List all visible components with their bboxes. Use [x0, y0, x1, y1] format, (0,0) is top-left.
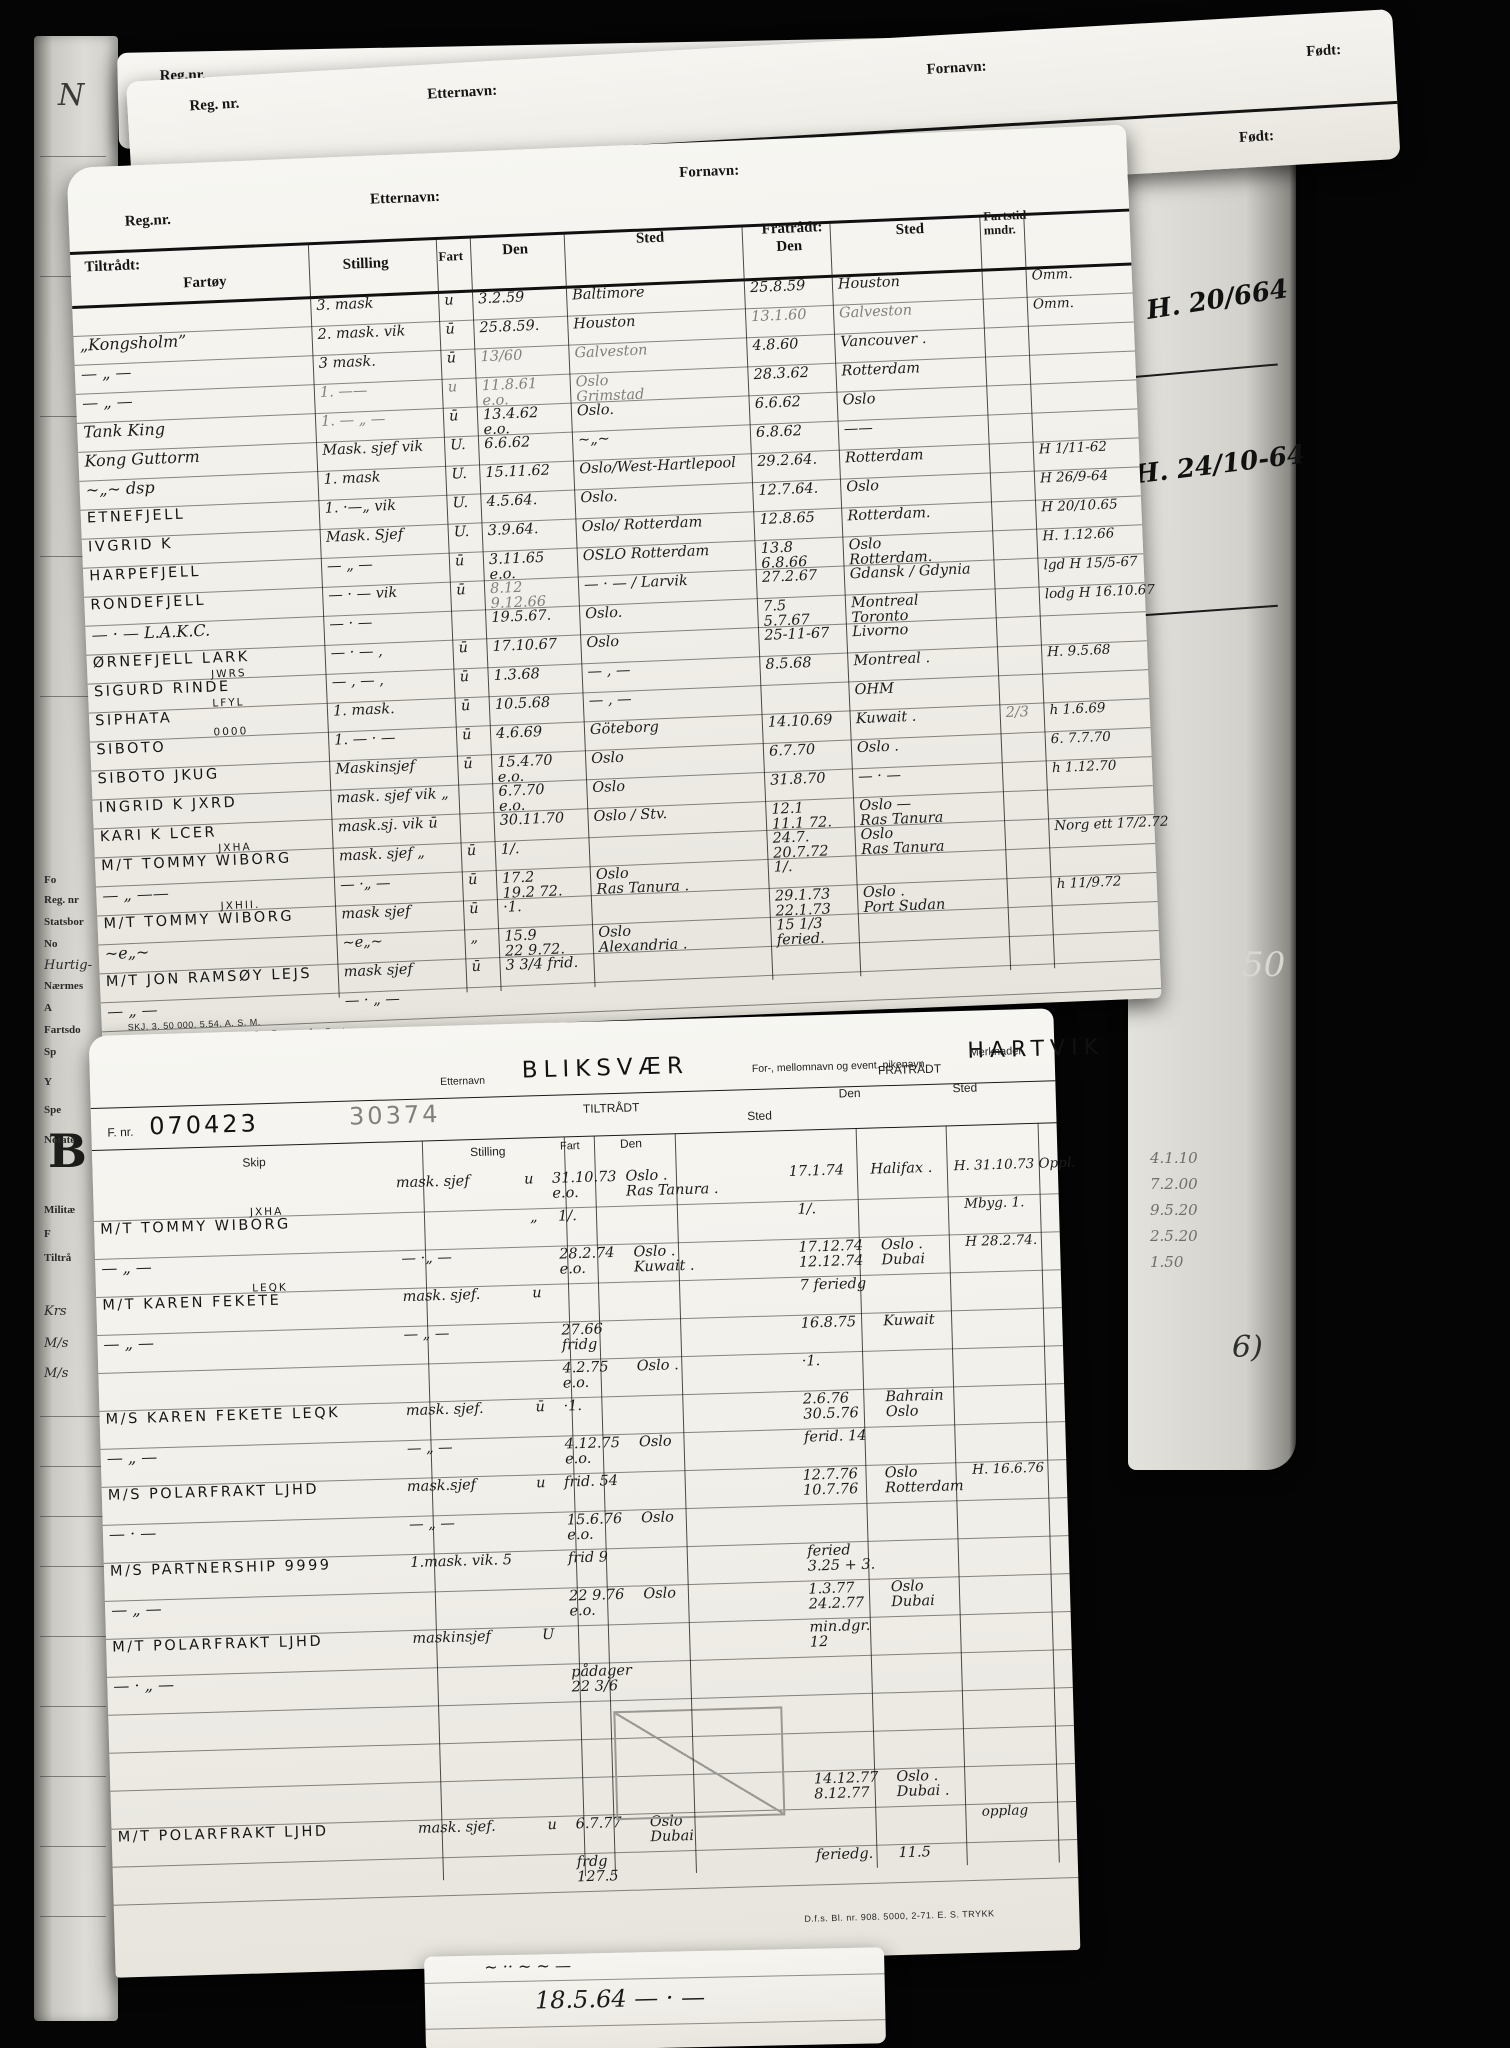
- cell-st: 1. — „ —: [315, 409, 444, 442]
- cell-fd: 13.8 6.8.66: [754, 538, 843, 570]
- crossed-out-box: [613, 1706, 785, 1820]
- cell-f: ū: [455, 697, 490, 726]
- upper-record-card: Reg.nr. Etternavn: Fornavn: Tiltrådt: Fa…: [67, 125, 1162, 1042]
- cell-sted: [594, 976, 773, 1011]
- cell-f: u: [530, 1475, 559, 1513]
- cell-mk: H. 31.10.73 Oppl.: [948, 1156, 1059, 1196]
- cell-fs: [876, 1273, 961, 1312]
- cell-fd: 1/.: [767, 856, 856, 888]
- col-stilling: Stilling: [342, 255, 389, 274]
- cell-mk: [960, 1270, 1062, 1310]
- cell-f: [538, 1703, 567, 1741]
- cell-fs: [884, 1539, 969, 1578]
- ship-name: KARI K LCER: [100, 824, 218, 845]
- ship-name: ~e„~: [104, 942, 149, 963]
- cell-st: [407, 1665, 538, 1706]
- cell-fd: [804, 1655, 888, 1694]
- fornavn-label: Fornavn:: [679, 163, 740, 182]
- cell-fd: 31.8.70: [764, 769, 853, 801]
- cell-fd: 12.7.64.: [752, 480, 841, 512]
- col-sted: Sted: [636, 230, 665, 248]
- cell-sted: [632, 1468, 797, 1510]
- cell-f: ū: [463, 900, 498, 929]
- cell-f: u: [526, 1285, 555, 1323]
- cell-den: frid 9: [562, 1549, 637, 1588]
- cell-mk: [1029, 351, 1136, 383]
- cell-den: 15.4.70 e.o.: [491, 751, 586, 783]
- cell-st: mask. sjef „: [333, 844, 462, 877]
- cell-den: ·1.: [497, 896, 592, 928]
- cell-f: ū: [452, 639, 487, 668]
- ship-name: — „ —: [103, 1333, 154, 1353]
- col-den: Den: [502, 241, 529, 259]
- cell-skip: [113, 1859, 414, 1905]
- cell-mk: [1052, 902, 1159, 934]
- cell-mk: [972, 1688, 1074, 1728]
- cell-f: ū: [449, 552, 484, 581]
- cell-fd: [772, 972, 861, 1004]
- lower-record-card: Etternavn BLIKSVÆR For-, mellomnavn og e…: [89, 1008, 1081, 1977]
- cell-mk: [967, 1498, 1069, 1538]
- cell-fd: [760, 682, 849, 714]
- cell-st: — ·„ —: [395, 1248, 526, 1289]
- cell-den: 22 9.76 e.o.: [563, 1587, 638, 1626]
- cell-fs: [886, 1615, 971, 1654]
- cell-f: [539, 1741, 568, 1779]
- col-tiltradt: Tiltrådt:: [84, 257, 140, 276]
- cell-mndr: [995, 588, 1040, 618]
- cell-fd: feriedg.: [810, 1845, 894, 1884]
- left-edge-label: Notate: [44, 1134, 75, 1146]
- cell-st: 1. mask: [317, 467, 446, 500]
- ship-name: — · —: [109, 1523, 157, 1543]
- col-fratradt-den: Den: [776, 238, 803, 256]
- left-edge-label: No: [44, 938, 57, 950]
- left-edge-label: M/s: [44, 1366, 68, 1381]
- cell-st: 3 mask.: [312, 351, 441, 384]
- cell-mk: [1040, 612, 1147, 644]
- cell-den: 3.11.65 e.o.: [483, 549, 578, 581]
- left-edge-label: Spe: [44, 1104, 61, 1116]
- cell-sted: Oslo: [635, 1506, 801, 1548]
- cell-st: mask. sjef vik „: [330, 786, 459, 819]
- left-edge-label: Krs: [44, 1304, 67, 1319]
- cell-mndr: [997, 646, 1042, 676]
- left-edge-label: M/s: [44, 1336, 68, 1351]
- stray-number: 50: [1242, 945, 1285, 985]
- cell-den: frdg 127.5: [570, 1852, 645, 1891]
- call-sign: LFYL: [212, 697, 245, 709]
- handwriting-fragment: 18.5.64 — · —: [535, 1983, 706, 2015]
- cell-fd: feried 3.25 + 3.: [801, 1541, 885, 1580]
- handwriting-fragment: ~ ·· ~ ~ —: [484, 1956, 571, 1977]
- cell-fd: ferid. 14: [798, 1427, 882, 1466]
- cell-f: [535, 1589, 564, 1627]
- cell-mk: [970, 1612, 1072, 1652]
- call-sign: LEQK: [252, 1282, 288, 1294]
- cell-fd: 8.5.68: [759, 654, 848, 686]
- cell-f: U.: [444, 436, 479, 465]
- cell-fs: [889, 1729, 974, 1768]
- cell-fd: 14.12.77 8.12.77: [808, 1769, 892, 1808]
- fornavn-label: Fornavn:: [926, 58, 987, 78]
- cell-den: 30.11.70: [493, 809, 588, 841]
- cell-sted: [632, 1392, 798, 1434]
- cell-fd: 24.7. 20.7.72: [766, 827, 855, 859]
- cell-den: 13/60: [474, 346, 569, 378]
- cell-mk: 6. 7.7.70: [1044, 728, 1151, 760]
- cell-mk: [1054, 960, 1161, 992]
- corner-mark: 6): [1232, 1330, 1263, 1365]
- cell-f: ū: [456, 726, 491, 755]
- cell-sted: [626, 1202, 792, 1244]
- cell-f: [530, 1437, 559, 1475]
- cell-mk: [961, 1308, 1063, 1348]
- cell-mk: lodg H 16.10.67: [1039, 583, 1146, 615]
- cell-den: 4.6.69: [490, 722, 585, 754]
- cell-st: mask. sjef.: [400, 1400, 531, 1441]
- cell-fd: 29.2.64.: [751, 451, 840, 483]
- cell-fd: ·1.: [796, 1351, 880, 1390]
- cell-den: 25.8.59.: [473, 317, 568, 349]
- cell-st: [408, 1703, 539, 1744]
- cell-st: — „ —: [403, 1514, 534, 1555]
- fnr-label: F. nr.: [107, 1125, 133, 1140]
- cell-mk: opplag: [976, 1802, 1078, 1842]
- ledger-number: 7.2.00: [1150, 1171, 1198, 1197]
- cell-st: — „ —: [401, 1438, 532, 1479]
- cell-fd: 1/.: [791, 1200, 875, 1239]
- cell-fd: 7.5 5.7.67: [757, 596, 846, 628]
- ledger-number: 1.50: [1150, 1249, 1198, 1275]
- cell-mk: h 1.12.70: [1046, 757, 1153, 789]
- ship-name: — „ —: [111, 1599, 162, 1619]
- cell-f: U: [536, 1627, 565, 1665]
- cell-mk: [1042, 670, 1149, 702]
- surname-value: BLIKSVÆR: [521, 1053, 689, 1084]
- cell-mk: [1053, 931, 1160, 963]
- cell-st: — „ —: [321, 554, 450, 587]
- cell-f: ū: [529, 1399, 558, 1437]
- cell-sted: Oslo . Ras Tanura .: [619, 1164, 783, 1206]
- cell-fs: Oslo . Dubai .: [890, 1767, 975, 1806]
- cell-st: mask. sjef: [390, 1172, 519, 1213]
- call-sign: JXHII.: [220, 900, 260, 912]
- col-den: Den: [620, 1136, 642, 1151]
- cell-st: 1. ——: [314, 380, 443, 413]
- cell-fd: 4.8.60: [746, 335, 835, 367]
- cell-den: 1/.: [552, 1207, 627, 1246]
- etternavn-label: Etternavn: [440, 1075, 485, 1088]
- cell-f: U.: [446, 494, 481, 523]
- cell-st: mask sjef: [335, 901, 464, 934]
- cell-f: [533, 1513, 562, 1551]
- cell-fd: 1.3.77 24.2.77: [802, 1579, 886, 1618]
- cell-st: Mask. Sjef: [320, 525, 449, 558]
- cell-mndr: [982, 269, 1027, 299]
- cell-mk: Omm.: [1027, 293, 1134, 325]
- cell-st: — ·„ —: [334, 872, 463, 905]
- left-edge-label: Statsbor: [44, 916, 84, 928]
- fnr-value-2: 30374: [349, 1100, 441, 1131]
- cell-den: 8.12 9.12.66: [484, 577, 579, 609]
- cell-st: [399, 1362, 530, 1403]
- cell-mk: Omm.: [1025, 265, 1132, 297]
- etternavn-label: Etternavn:: [370, 189, 441, 209]
- cell-fs: [882, 1501, 967, 1540]
- cell-mndr: [1006, 877, 1051, 907]
- cell-st: [411, 1779, 542, 1820]
- cell-st: 1.mask. vik. 5: [404, 1551, 535, 1592]
- col-fart: Fart: [560, 1140, 580, 1153]
- cell-sted: [638, 1620, 804, 1662]
- cell-mk: H 28.2.74.: [959, 1232, 1061, 1272]
- cell-mndr: [998, 675, 1043, 705]
- fratradt-label: FRATRÅDT: [878, 1062, 941, 1078]
- cell-f: u: [442, 379, 477, 408]
- col-f-sted: Sted: [952, 1081, 977, 1096]
- cell-sted: [629, 1316, 795, 1358]
- cell-st: — · „ —: [339, 988, 468, 1021]
- cell-f: U.: [447, 523, 482, 552]
- cell-mk: H. 1.12.66: [1036, 525, 1143, 557]
- cell-st: 3. mask: [310, 293, 439, 326]
- cell-mndr: [990, 472, 1035, 502]
- cell-den: 6.7.70 e.o.: [492, 780, 587, 812]
- cell-fd: min.dgr. 12: [803, 1617, 887, 1656]
- cell-fs: Oslo Rotterdam: [879, 1463, 968, 1503]
- ledger-numbers: 4.1.107.2.009.5.202.5.201.50: [1150, 1145, 1198, 1275]
- col-fratradt: Fratrådt:: [761, 219, 822, 238]
- ship-name: SIPHATA: [95, 710, 173, 729]
- col-stilling: Stilling: [470, 1144, 506, 1159]
- cell-f: [537, 1665, 566, 1703]
- cell-fs: Oslo . Dubai: [875, 1235, 960, 1274]
- cell-st: mask. sjef.: [412, 1817, 543, 1858]
- cell-fd: 29.1.73 22.1.73: [769, 885, 858, 917]
- fnr-value: 070423: [149, 1109, 259, 1140]
- ship-name: Kong Guttorm: [84, 447, 200, 471]
- cell-fd: 12.8.65: [753, 509, 842, 541]
- cell-st: [405, 1589, 536, 1630]
- form-print: D.f.s. Bl. nr. 908. 5000, 2-71. E. S. TR…: [804, 1908, 994, 1923]
- cell-mk: H. 9.5.68: [1041, 641, 1148, 673]
- cell-mk: h 11/9.72: [1050, 873, 1157, 905]
- cell-fd: 7 feriedg: [793, 1276, 877, 1315]
- cell-den: 3.2.59: [472, 288, 567, 320]
- cell-den: 6.6.62: [478, 433, 573, 465]
- margin-note: H. 20/664: [1145, 274, 1291, 326]
- cell-mk: Norg ett 17/2.72: [1048, 815, 1155, 847]
- cell-mk: Mbyg. 1.: [958, 1194, 1060, 1234]
- cell-f: [534, 1551, 563, 1589]
- cell-f: [540, 1779, 569, 1817]
- lower-table: mask. sjefu31.10.73 e.o.Oslo . Ras Tanur…: [93, 1156, 1078, 1905]
- cell-den: 15.6.76 e.o.: [561, 1511, 636, 1550]
- cell-mndr: [1010, 964, 1055, 994]
- cell-mk: [974, 1764, 1076, 1804]
- cell-f: ū: [453, 668, 488, 697]
- cell-mndr: [991, 501, 1036, 531]
- cell-mndr: [996, 617, 1041, 647]
- col-f-den: Den: [838, 1086, 860, 1101]
- cell-mk: [973, 1726, 1075, 1766]
- cell-mk: [1049, 844, 1156, 876]
- cell-st: — · —: [323, 612, 452, 645]
- cell-den: 17.2 19.2 72.: [496, 867, 591, 899]
- cell-fs: [860, 966, 1011, 1000]
- cell-mk: [1030, 380, 1137, 412]
- call-sign: 0000: [213, 726, 248, 738]
- cell-mk: H 20/10.65: [1035, 496, 1142, 528]
- left-edge-label: Y: [44, 1076, 52, 1088]
- cell-mk: H 1/11-62: [1033, 438, 1140, 470]
- cell-sted: [639, 1658, 805, 1700]
- cell-mk: [962, 1346, 1064, 1386]
- cell-fs: Oslo Dubai: [885, 1577, 970, 1616]
- cell-st: — · — vik: [322, 583, 451, 616]
- left-edge-label: Fo: [44, 874, 56, 886]
- cell-f: ū: [461, 842, 496, 871]
- cell-mk: H 26/9-64: [1034, 467, 1141, 499]
- call-sign: JWRS: [211, 668, 247, 680]
- cell-f: ū: [457, 755, 492, 784]
- cell-sted: Oslo .: [631, 1354, 797, 1396]
- cell-fd: [809, 1807, 893, 1846]
- cell-mk: [965, 1422, 1067, 1462]
- call-sign: JXHA: [218, 842, 252, 854]
- cell-fd: 28.3.62: [747, 364, 836, 396]
- cell-st: mask.sj. vik ū: [331, 815, 460, 848]
- cell-st: mask sjef: [337, 959, 466, 992]
- ship-name: HARPEFJELL: [89, 564, 201, 585]
- left-edge-label: Fartsdo: [44, 1024, 81, 1036]
- cell-den: 10.5.68: [489, 693, 584, 725]
- col-skip: Skip: [242, 1155, 266, 1170]
- cell-fd: 6.7.70: [763, 740, 852, 772]
- cell-f: ū: [462, 871, 497, 900]
- cell-mndr: [985, 356, 1030, 386]
- ship-name: — „ —: [107, 1000, 158, 1021]
- col-fratradt-sted: Sted: [895, 221, 924, 239]
- cell-mndr: [984, 327, 1029, 357]
- ship-name: — „ —: [107, 1447, 158, 1467]
- cell-st: 1. ·—„ vik: [318, 496, 447, 529]
- ship-name: — · „ —: [113, 1675, 174, 1696]
- cell-mk: [963, 1384, 1065, 1424]
- cell-st: — „ —: [397, 1324, 528, 1365]
- cell-sted: [645, 1848, 811, 1890]
- cell-fd: 25.8.59: [744, 277, 833, 309]
- cell-den: 15.11.62: [479, 462, 574, 494]
- cell-den: 4.12.75 e.o.: [558, 1435, 633, 1474]
- ledger-number: 4.1.10: [1150, 1145, 1198, 1171]
- cell-st: maskinsjef: [406, 1627, 537, 1668]
- cell-fd: [771, 943, 860, 975]
- ship-name: „Kongsholm”: [79, 331, 186, 354]
- cell-fd: [800, 1503, 884, 1542]
- cell-f: u: [541, 1817, 570, 1855]
- margin-note: H. 24/10-64: [1133, 440, 1307, 491]
- cell-f: [466, 987, 501, 1016]
- cell-st: Mask. sjef vik: [316, 438, 445, 471]
- cell-mndr: [1002, 761, 1047, 791]
- cell-fd: 15 1/3 feried.: [770, 914, 859, 946]
- cell-st: ~e„~: [336, 930, 465, 963]
- left-edge-label: Tiltrå: [44, 1252, 71, 1264]
- cell-mk: [977, 1840, 1079, 1880]
- tiltradt-label: TILTRÅDT: [583, 1100, 640, 1116]
- cell-den: 1/.: [495, 838, 590, 870]
- cell-st: mask. sjef.: [396, 1286, 527, 1327]
- left-edge-big-letter: B: [48, 1124, 87, 1178]
- cell-f: [542, 1855, 571, 1893]
- cell-fs: 11.5: [892, 1843, 977, 1882]
- cell-mk: [968, 1536, 1070, 1576]
- cell-f: ū: [443, 407, 478, 436]
- cell-fd: 13.1.60: [745, 306, 834, 338]
- cell-st: Maskinsjef: [329, 757, 458, 790]
- bottom-card-corner: ~ ·· ~ ~ — 18.5.64 — · —: [424, 1947, 886, 2048]
- cell-den: 4.2.75 e.o.: [556, 1359, 631, 1398]
- cell-mndr: [989, 443, 1034, 473]
- left-edge-label: Hurtig-: [44, 958, 92, 973]
- top-left-scribble: N: [58, 78, 84, 113]
- ship-name: — „ ——: [102, 884, 169, 906]
- cell-mk: lgd H 15/5-67: [1037, 554, 1144, 586]
- cell-den: 13.4.62 e.o.: [477, 404, 572, 436]
- cell-sted: Oslo: [633, 1430, 799, 1472]
- ship-name: ETNEFJELL: [87, 507, 186, 527]
- cell-mndr: [1004, 819, 1049, 849]
- cell-f: ū: [440, 350, 475, 379]
- fodt-label: Født:: [1239, 128, 1275, 147]
- cell-den: 6.7.77: [569, 1814, 644, 1853]
- ledger-number: 2.5.20: [1150, 1223, 1198, 1249]
- cell-mk: h 1.6.69: [1043, 699, 1150, 731]
- cell-sted: [628, 1278, 794, 1320]
- cell-st: 2. mask. vik: [311, 322, 440, 355]
- cell-f: [459, 813, 494, 842]
- cell-fs: [874, 1197, 959, 1236]
- cell-mndr: [987, 414, 1032, 444]
- cell-f: [458, 784, 493, 813]
- cell-den: [564, 1625, 639, 1664]
- ship-name: — „ —: [101, 1257, 152, 1277]
- ship-name: Tank King: [83, 419, 165, 441]
- cell-den: 3.9.64.: [481, 520, 576, 552]
- col-sted: Sted: [747, 1108, 772, 1123]
- col-fartoy: Fartøy: [183, 274, 227, 293]
- cell-fd: 25-11-67: [758, 625, 847, 657]
- left-edge-label: F: [44, 1228, 51, 1240]
- cell-den: 3 3/4 frid.: [499, 954, 594, 986]
- cell-st: mask.sjef: [401, 1476, 531, 1517]
- cell-sted: Oslo: [637, 1582, 803, 1624]
- cell-fs: [888, 1691, 973, 1730]
- ship-name: — „ —: [81, 363, 132, 384]
- fodt-label: Født:: [1306, 42, 1342, 61]
- cell-fd: 17.12.74 12.12.74: [792, 1238, 876, 1277]
- cell-mk: [1031, 409, 1138, 441]
- cell-den: 19.5.67.: [485, 606, 580, 638]
- cell-st: — · — ,: [324, 641, 453, 674]
- cell-f: [528, 1361, 557, 1399]
- cell-mk: [1047, 786, 1154, 818]
- cell-st: — , — ,: [326, 670, 455, 703]
- cell-fd: 16.8.75: [795, 1314, 879, 1353]
- cell-fd: 12.1 11.1 72.: [765, 798, 854, 830]
